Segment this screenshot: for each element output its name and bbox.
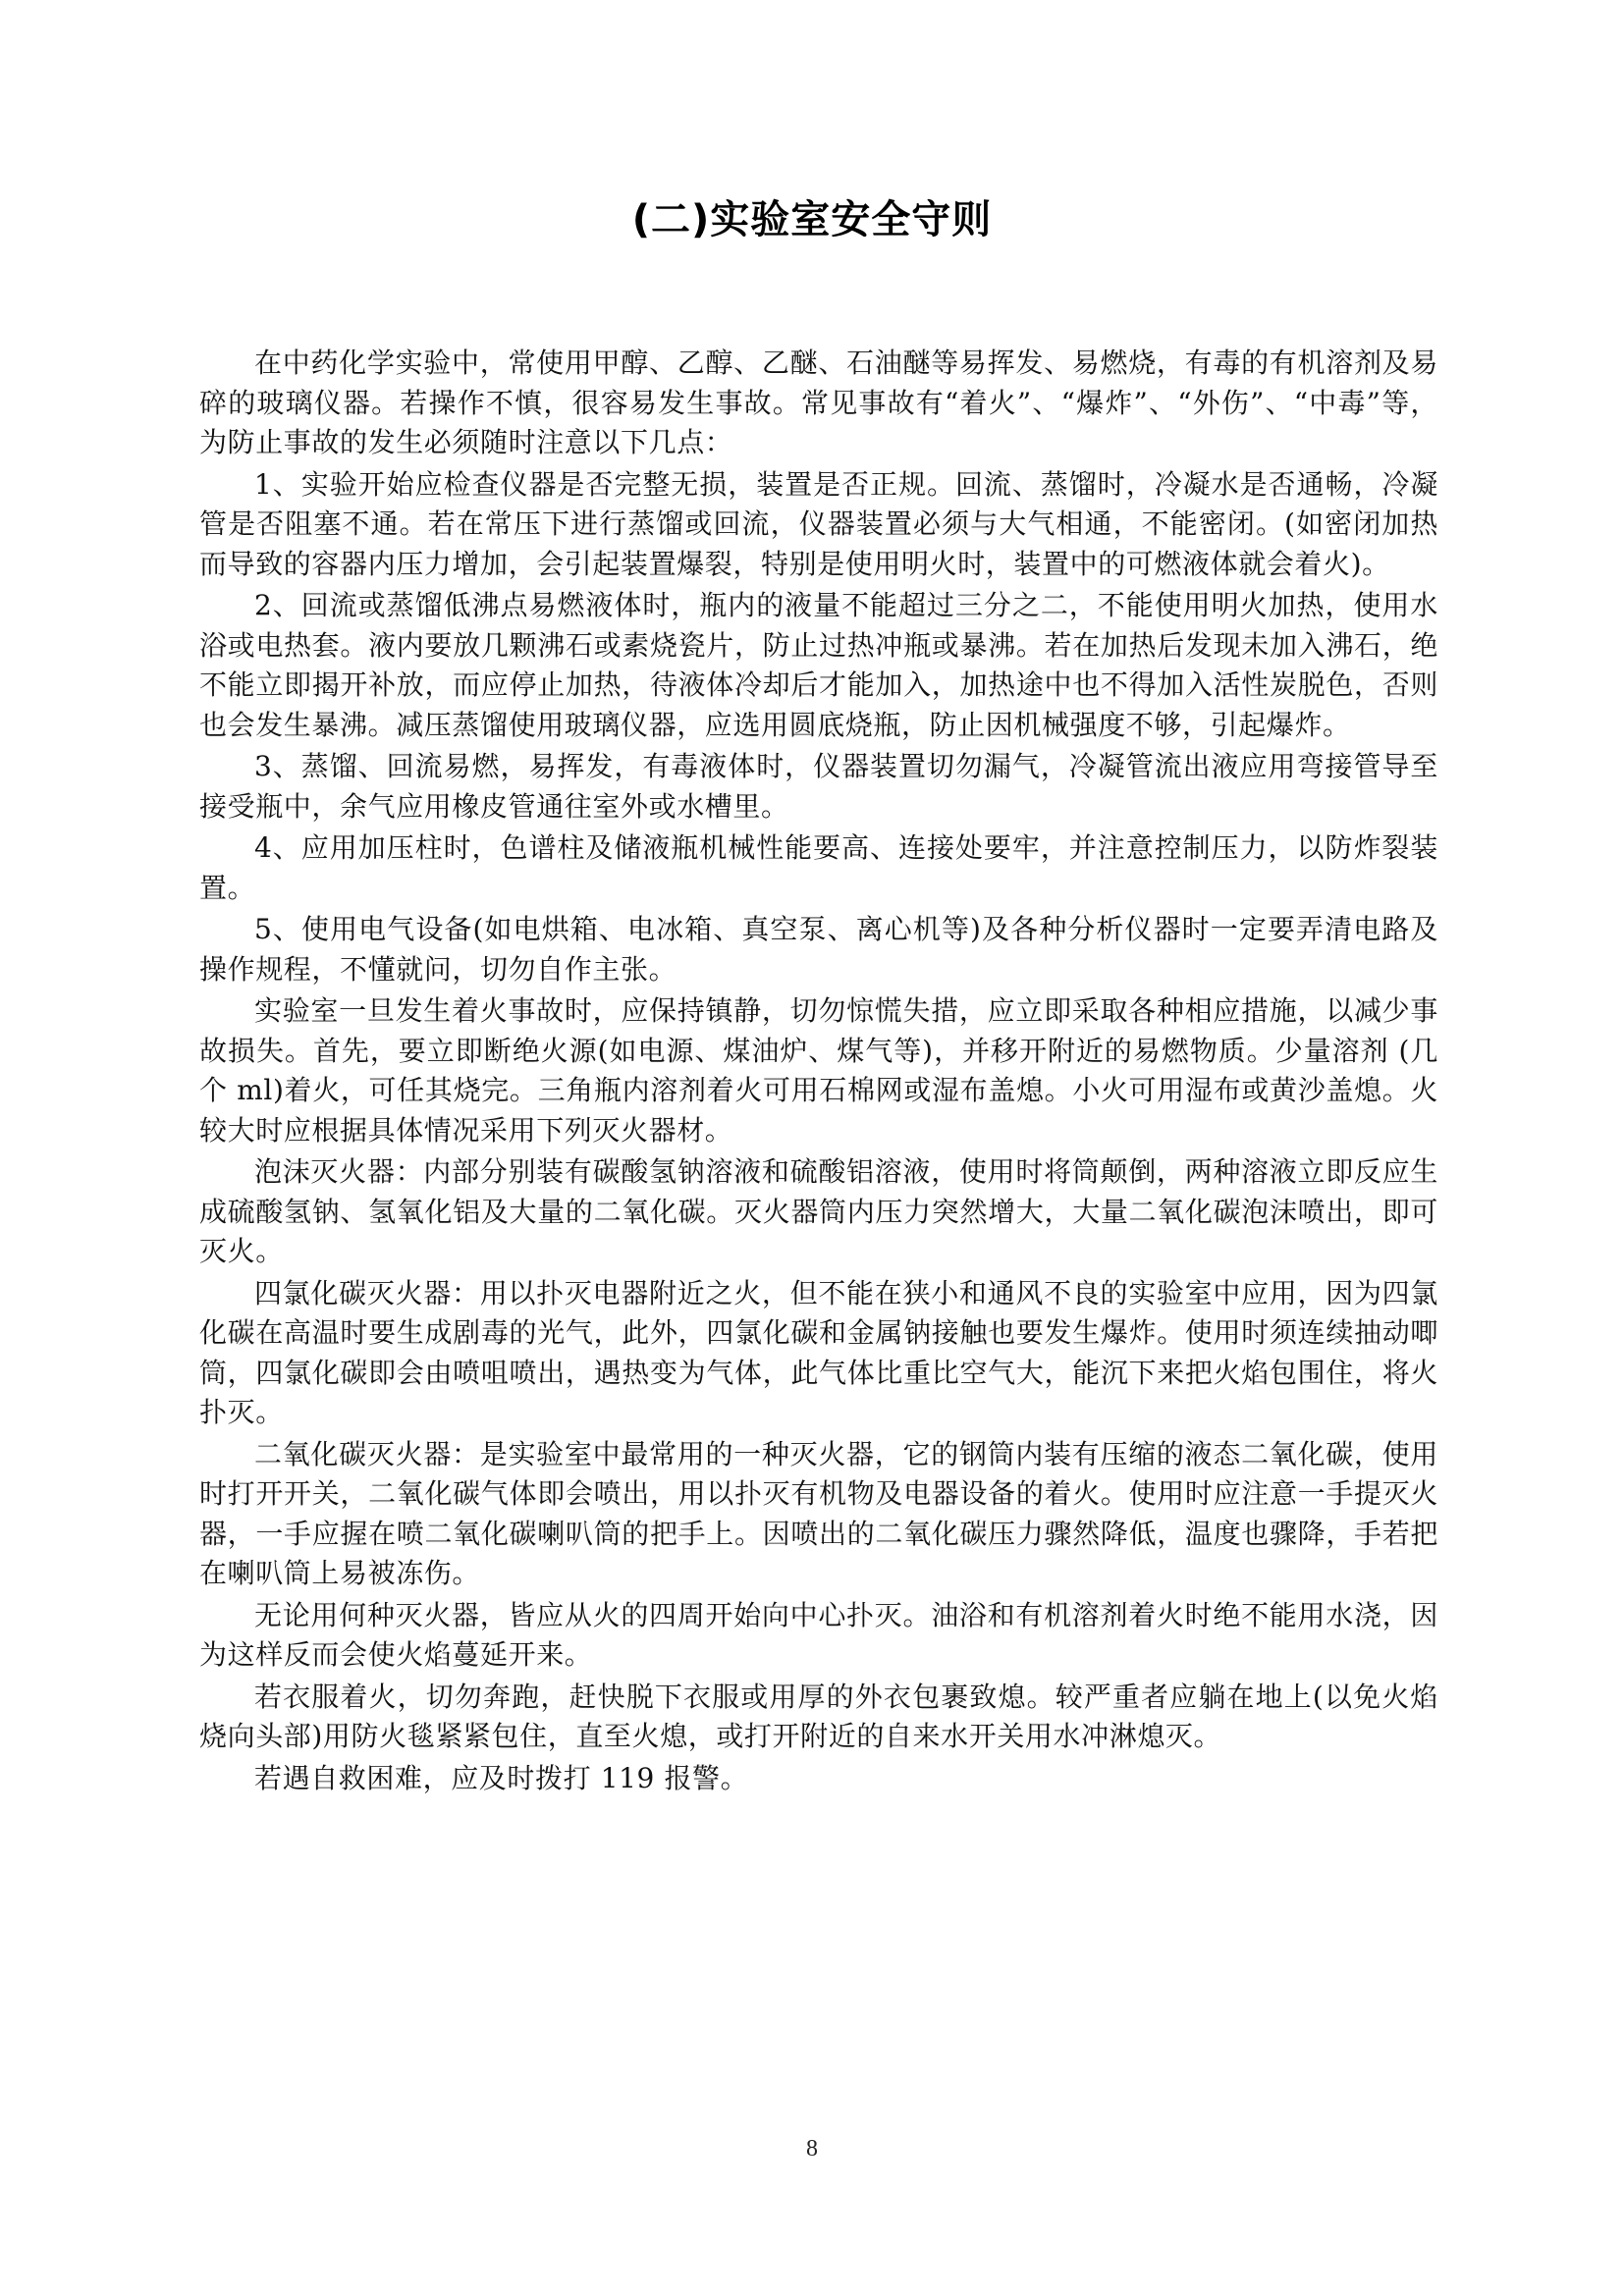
paragraph-clothing-fire: 若衣服着火，切勿奔跑，赶快脱下衣服或用厚的外衣包裹致熄。较严重者应躺在地上(以免… [199, 1678, 1438, 1757]
paragraph-extinguishing-method: 无论用何种灭火器，皆应从火的四周开始向中心扑灭。油浴和有机溶剂着火时绝不能用水浇… [199, 1596, 1438, 1676]
document-page: (二)实验室安全守则 在中药化学实验中，常使用甲醇、乙醇、乙醚、石油醚等易挥发、… [0, 0, 1624, 2296]
paragraph-foam-extinguisher: 泡沫灭火器：内部分别装有碳酸氢钠溶液和硫酸铝溶液，使用时将筒颠倒，两种溶液立即反… [199, 1152, 1438, 1272]
paragraph-ccl4-extinguisher: 四氯化碳灭火器：用以扑灭电器附近之火，但不能在狭小和通风不良的实验室中应用，因为… [199, 1274, 1438, 1433]
paragraph-intro: 在中药化学实验中，常使用甲醇、乙醇、乙醚、石油醚等易挥发、易燃烧，有毒的有机溶剂… [199, 344, 1438, 463]
document-body: 在中药化学实验中，常使用甲醇、乙醇、乙醚、石油醚等易挥发、易燃烧，有毒的有机溶剂… [199, 344, 1438, 1800]
page-title: (二)实验室安全守则 [0, 188, 1624, 244]
paragraph-co2-extinguisher: 二氧化碳灭火器：是实验室中最常用的一种灭火器，它的钢筒内装有压缩的液态二氧化碳，… [199, 1435, 1438, 1594]
paragraph-call-119: 若遇自救困难，应及时拨打 119 报警。 [199, 1759, 1438, 1799]
paragraph-rule-3: 3、蒸馏、回流易燃，易挥发，有毒液体时，仪器装置切勿漏气，冷凝管流出液应用弯接管… [199, 747, 1438, 827]
page-number: 8 [0, 2136, 1624, 2163]
paragraph-rule-4: 4、应用加压柱时，色谱柱及储液瓶机械性能要高、连接处要牢，并注意控制压力，以防炸… [199, 828, 1438, 908]
paragraph-rule-1: 1、实验开始应检查仪器是否完整无损，装置是否正规。回流、蒸馏时，冷凝水是否通畅，… [199, 465, 1438, 585]
paragraph-rule-2: 2、回流或蒸馏低沸点易燃液体时，瓶内的液量不能超过三分之二，不能使用明火加热，使… [199, 586, 1438, 745]
paragraph-fire-response: 实验室一旦发生着火事故时，应保持镇静，切勿惊慌失措，应立即采取各种相应措施，以减… [199, 991, 1438, 1150]
paragraph-rule-5: 5、使用电气设备(如电烘箱、电冰箱、真空泵、离心机等)及各种分析仪器时一定要弄清… [199, 910, 1438, 989]
